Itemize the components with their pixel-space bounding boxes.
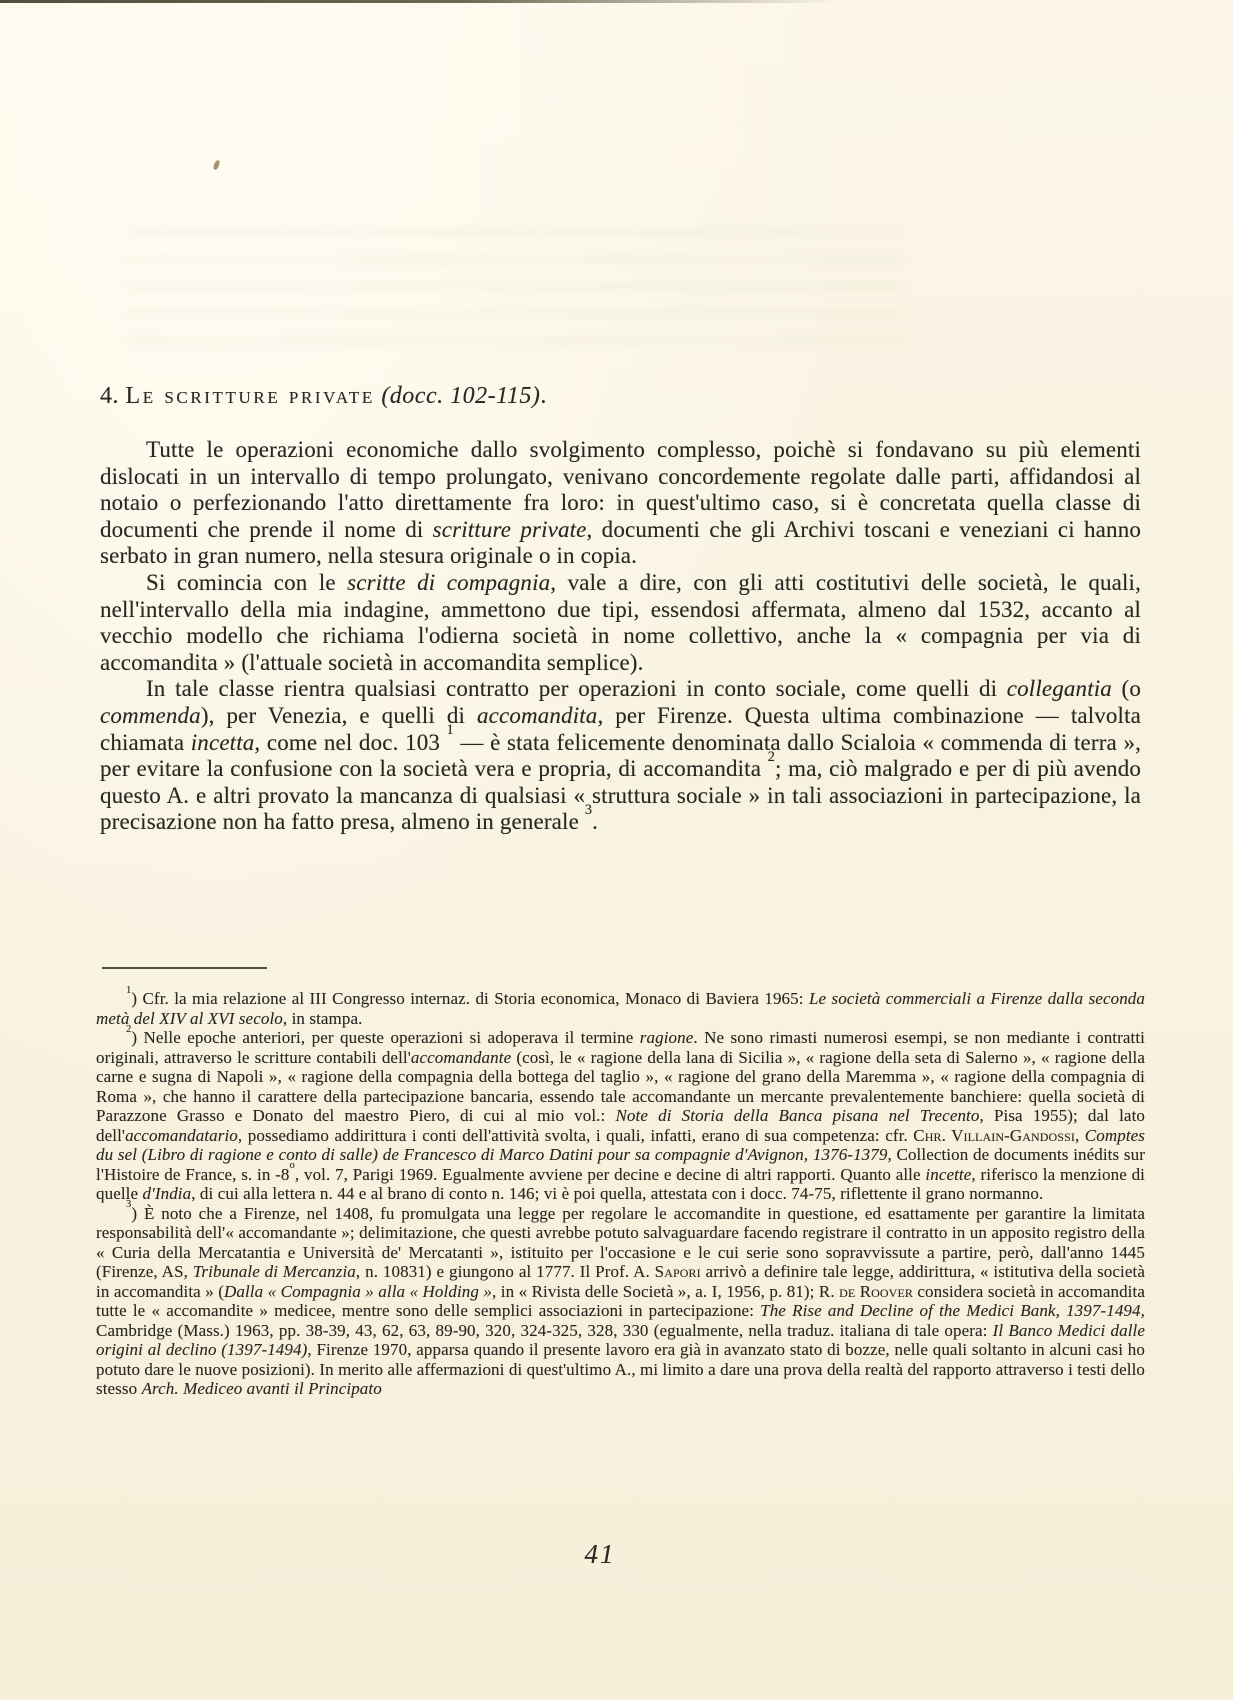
paper-speck (213, 159, 221, 170)
section-heading: 4. Le scritture private (docc. 102-115). (100, 383, 1141, 410)
ink-bleed-through (125, 228, 905, 346)
footnote-2: 2) Nelle epoche anteriori, per queste op… (96, 1028, 1145, 1204)
page-number: 41 (100, 1539, 1100, 1570)
body-paragraph-1: Tutte le operazioni economiche dallo svo… (100, 437, 1141, 570)
body-paragraph-2: Si comincia con le scritte di compagnia,… (100, 570, 1141, 676)
footnote-1: 1) Cfr. la mia relazione al III Congress… (96, 989, 1145, 1028)
footnote-separator-rule (102, 967, 267, 969)
body-paragraph-3: In tale classe rientra qualsiasi contrat… (100, 676, 1141, 836)
footnotes-block: 1) Cfr. la mia relazione al III Congress… (96, 989, 1145, 1399)
main-text-block: Tutte le operazioni economiche dallo svo… (100, 437, 1141, 836)
scan-edge-line (0, 0, 840, 3)
scanned-book-page: 4. Le scritture private (docc. 102-115).… (0, 0, 1233, 1700)
footnote-3: 3) È noto che a Firenze, nel 1408, fu pr… (96, 1204, 1145, 1399)
